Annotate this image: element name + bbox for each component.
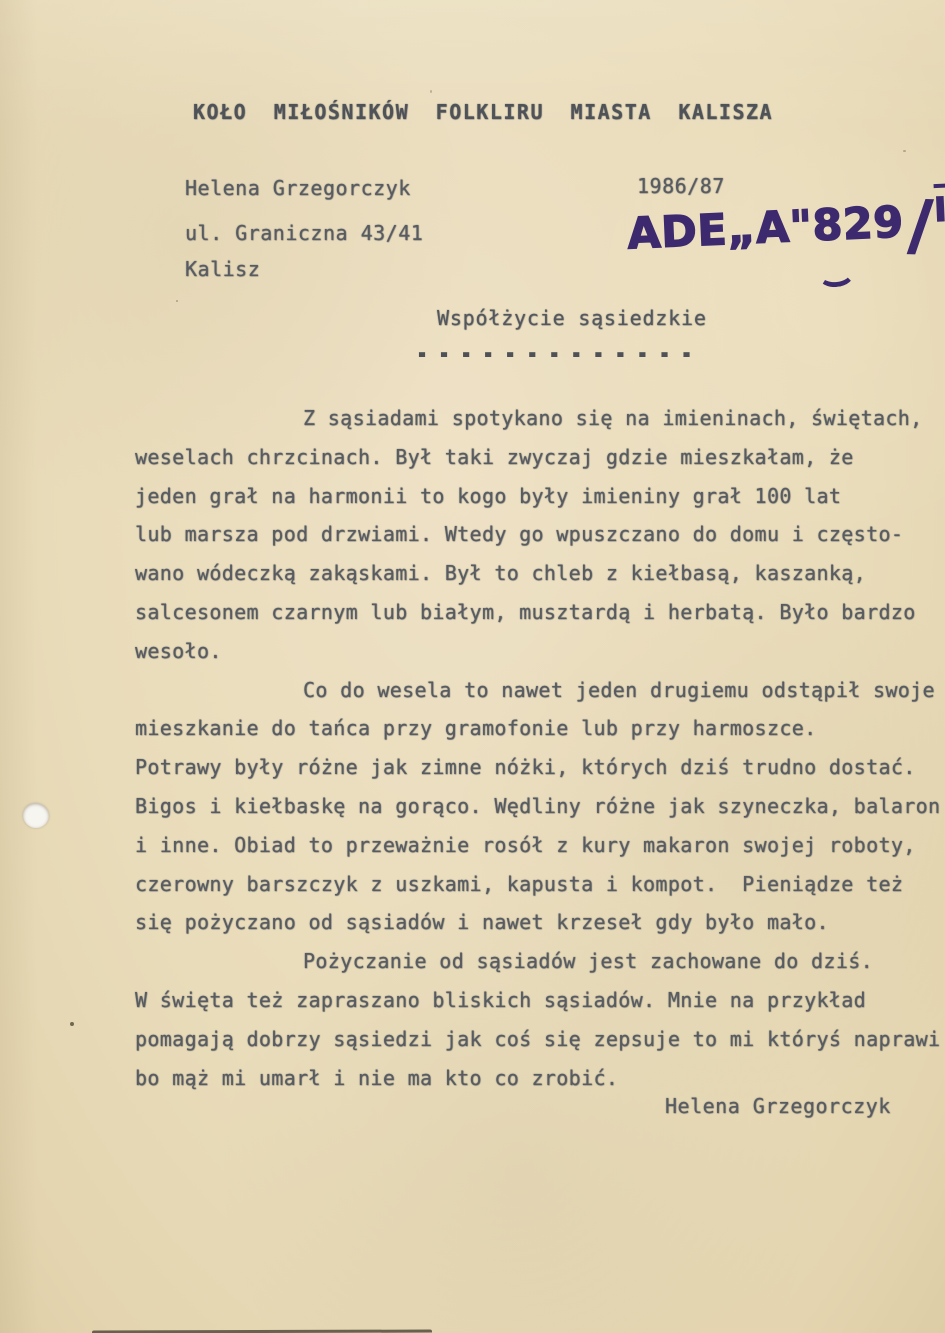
annotation-slash: / (908, 225, 932, 226)
text-line: bo mąż mi umarł i nie ma kto co zrobić. (135, 1059, 945, 1098)
paper-speck (176, 300, 178, 302)
text-line: czerowny barszczyk z uszkami, kapusta i … (135, 865, 945, 904)
annotation-prefix: ADE„A"829 (626, 197, 904, 259)
text-line: Co do wesela to nawet jeden drugiemu ods… (135, 671, 945, 710)
scanned-letter-page: KOŁO MIŁOŚNIKÓW FOLKLIRU MIASTA KALISZA … (0, 0, 945, 1333)
text-line: jeden grał na harmonii to kogo były imie… (135, 477, 945, 516)
hole-punch (23, 803, 49, 828)
annotation-curve-mark (817, 260, 855, 289)
paper-speck (903, 150, 906, 152)
text-line: lub marsza pod drzwiami. Wtedy go wpuszc… (135, 515, 945, 554)
paper-speck (70, 1022, 74, 1026)
text-line: W święta też zapraszano bliskich sąsiadó… (135, 981, 945, 1020)
document-title: Współżycie sąsiedzkie (437, 306, 707, 330)
author-street: ul. Graniczna 43/41 (185, 221, 423, 245)
text-line: Potrawy były różne jak zimne nóżki, któr… (135, 748, 945, 787)
text-line: Pożyczanie od sąsiadów jest zachowane do… (135, 942, 945, 981)
text-line: wesoło. (135, 632, 945, 671)
text-line: Z sąsiadami spotykano się na imieninach,… (135, 399, 945, 438)
author-city: Kalisz (185, 257, 260, 281)
annotation-suffix: III (933, 183, 945, 230)
text-line: weselach chrzcinach. Był taki zwyczaj gd… (135, 438, 945, 477)
signature: Helena Grzegorczyk (665, 1094, 891, 1118)
text-line: Bigos i kiełbaskę na gorąco. Wędliny róż… (135, 787, 945, 826)
text-line: i inne. Obiad to przeważnie rosół z kury… (135, 826, 945, 865)
title-underline-dashes: ------------- (416, 332, 703, 373)
text-line: salcesonem czarnym lub białym, musztardą… (135, 593, 945, 632)
author-name: Helena Grzegorczyk (185, 176, 411, 200)
text-line: mieszkanie do tańca przy gramofonie lub … (135, 709, 945, 748)
text-line: się pożyczano od sąsiadów i nawet krzese… (135, 903, 945, 942)
body-text: Z sąsiadami spotykano się na imieninach,… (135, 399, 945, 1097)
organization-header: KOŁO MIŁOŚNIKÓW FOLKLIRU MIASTA KALISZA (193, 100, 773, 124)
paper-speck (430, 90, 432, 93)
scan-edge-artifact (92, 1330, 432, 1333)
text-line: wano wódeczką zakąskami. Był to chleb z … (135, 554, 945, 593)
text-line: pomagają dobrzy sąsiedzi jak coś się zep… (135, 1020, 945, 1059)
